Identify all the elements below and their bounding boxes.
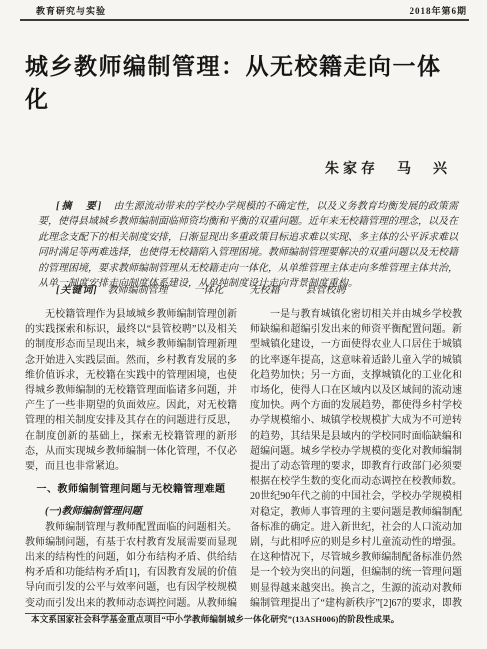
subsection-heading: (一)教师编制管理问题 (25, 504, 237, 519)
right-column: 一是与教育城镇化密切相关并由城乡学校教师缺编和超编引发出来的师资平衡配置问题。新… (250, 307, 462, 609)
keyword-item: 县管校聘 (306, 285, 346, 296)
issue-label: 2018年第6期 (409, 4, 467, 17)
paragraph: 无校籍管理作为县域城乡教师编制管理创新的实践探索和标识，最终以“县管校聘”以及相… (25, 307, 237, 474)
paragraph: 一是与教育城镇化密切相关并由城乡学校教师缺编和超编引发出来的师资平衡配置问题。新… (250, 307, 462, 609)
abstract-label: [摘 要] (56, 201, 103, 212)
keywords-label: [关键词] (56, 285, 98, 296)
body-text: 无校籍管理作为县域城乡教师编制管理创新的实践探索和标识，最终以“县管校聘”以及相… (25, 307, 462, 609)
keyword-item: 一体化 (194, 285, 224, 296)
article-title: 城乡教师编制管理：从无校籍走向一体化 (25, 48, 462, 114)
abstract: [摘 要] 由生源流动带来的学校办学规模的不确定性，以及义务教育均衡发展的政策需… (38, 199, 458, 291)
abstract-text: 由生源流动带来的学校办学规模的不确定性，以及义务教育均衡发展的政策需要，使得县域… (38, 201, 458, 289)
journal-page: 教育研究与实验 2018年第6期 城乡教师编制管理：从无校籍走向一体化 朱家存 … (0, 0, 487, 649)
keywords-line: [关键词]教师编制管理一体化无校籍县管校聘 (38, 281, 458, 296)
keyword-item: 无校籍 (250, 285, 280, 296)
running-head: 教育研究与实验 2018年第6期 (20, 4, 469, 21)
footnote: 本文系国家社会科学基金重点项目“中小学教师编制城乡一体化研究”(13ASH006… (31, 613, 467, 625)
left-column: 无校籍管理作为县域城乡教师编制管理创新的实践探索和标识，最终以“县管校聘”以及相… (25, 307, 237, 609)
section-heading: 一、教师编制管理问题与无校籍管理难题 (25, 482, 237, 497)
keyword-item: 教师编制管理 (108, 285, 168, 296)
author-names: 朱家存 马 兴 (325, 158, 451, 178)
paragraph: 教师编制管理与教师配置面临的问题相关。教师编制问题，有基于农村教育发展需要而显现… (25, 520, 237, 609)
journal-name: 教育研究与实验 (36, 4, 106, 17)
